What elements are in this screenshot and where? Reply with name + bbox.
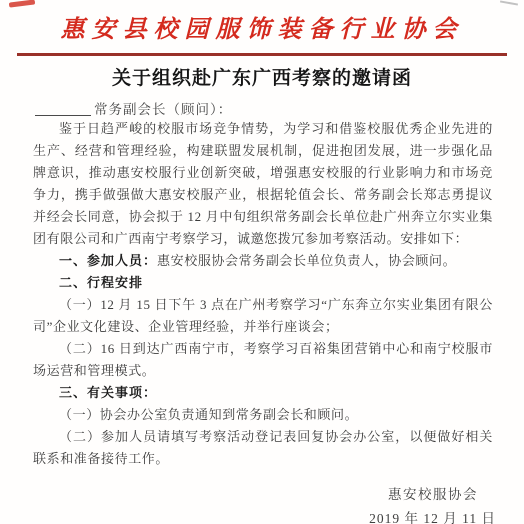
itinerary-item-1: （一）12 月 15 日下午 3 点在广州考察学习“广东奔立尔实业集团有限公司”…: [33, 294, 493, 338]
section-1-heading: 一、参加人员：: [59, 253, 157, 268]
salutation-text: 常务副会长（顾问）：: [94, 102, 232, 117]
itinerary-item-2: （二）16 日到达广西南宁市，考察学习百裕集团营销中心和南宁校服市场运营和管理模…: [33, 338, 493, 382]
salutation-line: 常务副会长（顾问）：: [35, 98, 491, 118]
fill-in-name-blank: [35, 102, 91, 116]
signature-block: 惠安校服协会 2019 年 12 月 11 日: [0, 475, 524, 524]
section-1-text: 惠安校服协会常务副会长单位负责人，协会顾问。: [157, 253, 456, 268]
scan-artifact-top-left: [9, 0, 35, 8]
matters-item-2: （二）参加人员请填写考察活动登记表回复协会办公室，以便做好相关联系和准备接待工作…: [33, 426, 493, 470]
scan-artifact-top-right: [500, 0, 518, 5]
signature-organization: 惠安校服协会: [0, 475, 478, 505]
matters-item-1: （一）协会办公室负责通知到常务副会长和顾问。: [33, 404, 493, 426]
intro-paragraph: 鉴于日趋严峻的校服市场竞争情势，为学习和借鉴校服优秀企业先进的生产、经营和管理经…: [33, 118, 493, 250]
letter-body: 鉴于日趋严峻的校服市场竞争情势，为学习和借鉴校服优秀企业先进的生产、经营和管理经…: [0, 118, 524, 470]
section-participants: 一、参加人员：惠安校服协会常务副会长单位负责人，协会顾问。: [33, 250, 493, 272]
association-letterhead-title: 惠安县校园服饰装备行业协会: [0, 9, 524, 44]
letterhead-red-rule: [17, 53, 507, 56]
document-title: 关于组织赴广东广西考察的邀请函: [0, 63, 524, 90]
section-2-heading: 二、行程安排: [33, 272, 493, 294]
section-3-heading: 三、有关事项：: [33, 382, 493, 404]
scanned-invitation-letter: 惠安县校园服饰装备行业协会 关于组织赴广东广西考察的邀请函 常务副会长（顾问）：…: [0, 0, 524, 524]
signature-date: 2019 年 12 月 11 日: [0, 508, 496, 524]
